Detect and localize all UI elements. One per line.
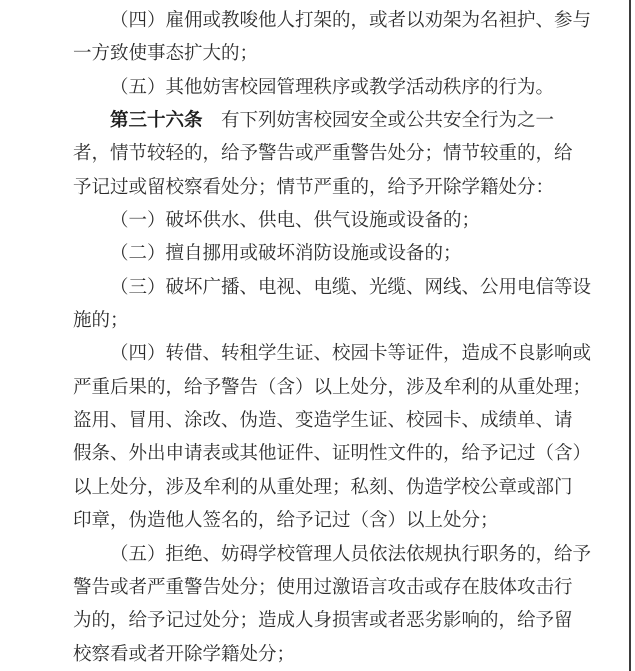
text-line: （四）雇佣或教唆他人打架的，或者以劝架为名袒护、参与 [73, 5, 591, 38]
text-line: 严重后果的，给予警告（含）以上处分，涉及牟利的从重处理； [73, 372, 591, 405]
text-segment: 者，情节较轻的，给予警告或严重警告处分；情节较重的，给 [73, 144, 573, 164]
text-segment: 有下列妨害校园安全或公共安全行为之一 [203, 111, 555, 131]
text-line: 施的； [73, 305, 591, 338]
text-line: （五）其他妨害校园管理秩序或教学活动秩序的行为。 [73, 72, 591, 105]
text-segment: （一）破坏供水、供电、供气设施或设备的； [110, 211, 480, 231]
text-segment: （五）其他妨害校园管理秩序或教学活动秩序的行为。 [110, 78, 554, 98]
text-line: 予记过或留校察看处分；情节严重的，给予开除学籍处分： [73, 172, 591, 205]
text-line: 校察看或者开除学籍处分； [73, 639, 591, 671]
article-number-bold: 第三十六条 [110, 111, 203, 131]
text-segment: （三）破坏广播、电视、电缆、光缆、网线、公用电信等设 [110, 278, 591, 298]
text-line: 假条、外出申请表或其他证件、证明性文件的，给予记过（含） [73, 438, 591, 471]
text-segment: 予记过或留校察看处分；情节严重的，给予开除学籍处分： [73, 178, 554, 198]
text-segment: 为的，给予记过处分；造成人身损害或者恶劣影响的，给予留 [73, 611, 573, 631]
text-line: 印章，伪造他人签名的，给予记过（含）以上处分； [73, 505, 591, 538]
text-line: 警告或者严重警告处分；使用过激语言攻击或存在肢体攻击行 [73, 572, 591, 605]
text-segment: 一方致使事态扩大的； [73, 44, 258, 64]
text-line: （三）破坏广播、电视、电缆、光缆、网线、公用电信等设 [73, 272, 591, 305]
text-segment: 假条、外出申请表或其他证件、证明性文件的，给予记过（含） [73, 444, 591, 464]
text-line: （四）转借、转租学生证、校园卡等证件，造成不良影响或 [73, 338, 591, 371]
text-line: 盗用、冒用、涂改、伪造、变造学生证、校园卡、成绩单、请 [73, 405, 591, 438]
text-segment: 施的； [73, 311, 129, 331]
text-segment: 印章，伪造他人签名的，给予记过（含）以上处分； [73, 511, 499, 531]
text-segment: （四）转借、转租学生证、校园卡等证件，造成不良影响或 [110, 344, 591, 364]
page-edge-line [629, 0, 631, 671]
text-segment: （二）擅自挪用或破坏消防设施或设备的； [110, 244, 462, 264]
text-segment: 盗用、冒用、涂改、伪造、变造学生证、校园卡、成绩单、请 [73, 411, 573, 431]
text-line: 第三十六条 有下列妨害校园安全或公共安全行为之一 [73, 105, 591, 138]
text-line: 为的，给予记过处分；造成人身损害或者恶劣影响的，给予留 [73, 605, 591, 638]
text-line: （五）拒绝、妨碍学校管理人员依法依规执行职务的，给予 [73, 539, 591, 572]
text-line: 一方致使事态扩大的； [73, 38, 591, 71]
text-line: 以上处分，涉及牟利的从重处理；私刻、伪造学校公章或部门 [73, 472, 591, 505]
text-segment: （五）拒绝、妨碍学校管理人员依法依规执行职务的，给予 [110, 545, 591, 565]
text-segment: 以上处分，涉及牟利的从重处理；私刻、伪造学校公章或部门 [73, 478, 573, 498]
text-segment: 校察看或者开除学籍处分； [73, 645, 295, 665]
text-segment: 严重后果的，给予警告（含）以上处分，涉及牟利的从重处理； [73, 378, 591, 398]
text-line: （二）擅自挪用或破坏消防设施或设备的； [73, 238, 591, 271]
text-segment: （四）雇佣或教唆他人打架的，或者以劝架为名袒护、参与 [110, 11, 591, 31]
document-text-block: （四）雇佣或教唆他人打架的，或者以劝架为名袒护、参与一方致使事态扩大的；（五）其… [73, 5, 591, 671]
text-segment: 警告或者严重警告处分；使用过激语言攻击或存在肢体攻击行 [73, 578, 573, 598]
text-line: （一）破坏供水、供电、供气设施或设备的； [73, 205, 591, 238]
text-line: 者，情节较轻的，给予警告或严重警告处分；情节较重的，给 [73, 138, 591, 171]
document-page: （四）雇佣或教唆他人打架的，或者以劝架为名袒护、参与一方致使事态扩大的；（五）其… [0, 0, 635, 671]
